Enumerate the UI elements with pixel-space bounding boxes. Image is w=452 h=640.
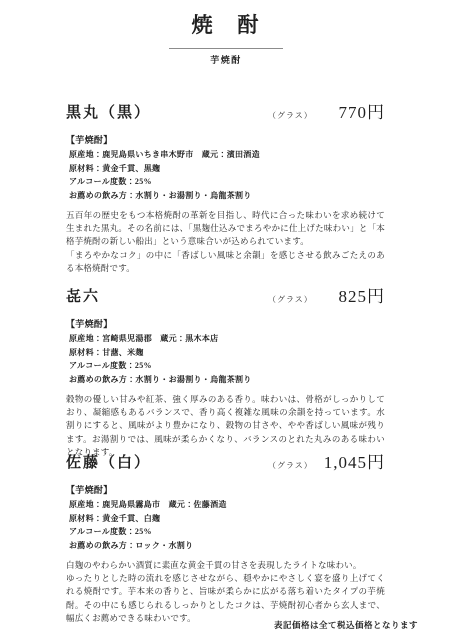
title-divider <box>169 48 283 49</box>
description-paragraph: 五百年の歴史をもつ本格焼酎の革新を目指し、時代に合った味わいを求め続けて生まれた… <box>66 209 385 249</box>
item-details-list: 原産地：鹿児島県いちき串木野市 蔵元：濱田酒造 原材料：黄金千貫、黒麹 アルコー… <box>69 148 385 202</box>
page-title: 焼 酎 <box>0 12 452 39</box>
item-header: 黒丸（黒） （グラス） 770円 <box>66 100 385 126</box>
item-detail-origin: 原産地：鹿児島県いちき串木野市 蔵元：濱田酒造 <box>69 148 385 162</box>
item-description: 五百年の歴史をもつ本格焼酎の革新を目指し、時代に合った味わいを求め続けて生まれた… <box>66 209 385 275</box>
page-subtitle: 芋焼酎 <box>0 55 452 66</box>
item-price: 770円 <box>339 100 386 126</box>
glass-serving-label: （グラス） <box>268 294 313 305</box>
menu-item-satoh: 佐藤（白） （グラス） 1,045円 【芋焼酎】 原産地：鹿児島県霧島市 蔵元：… <box>66 450 385 625</box>
item-detail-origin: 原産地：宮崎県児湯郡 蔵元：黒木本店 <box>69 332 385 346</box>
item-header: 佐藤（白） （グラス） 1,045円 <box>66 450 385 476</box>
item-category-label: 【芋焼酎】 <box>66 485 385 496</box>
item-name: 佐藤（白） <box>66 455 151 471</box>
item-category-label: 【芋焼酎】 <box>66 135 385 146</box>
item-detail-origin: 原産地：鹿児島県霧島市 蔵元：佐藤酒造 <box>69 498 385 512</box>
item-detail-ingredients: 原材料：甘藷、米麹 <box>69 346 385 360</box>
item-detail-serving: お薦めの飲み方：水割り・お湯割り・烏龍茶割り <box>69 189 385 203</box>
item-detail-abv: アルコール度数：25% <box>69 175 385 189</box>
item-detail-serving: お薦めの飲み方：ロック・水割り <box>69 539 385 553</box>
menu-item-kuromaru: 黒丸（黒） （グラス） 770円 【芋焼酎】 原産地：鹿児島県いちき串木野市 蔵… <box>66 100 385 275</box>
item-detail-abv: アルコール度数：25% <box>69 359 385 373</box>
footer-tax-note: 表記価格は全て税込価格となります <box>274 619 418 631</box>
page-header: 焼 酎 芋焼酎 <box>0 12 452 66</box>
description-paragraph: 白麹のやわらかい酒質に素直な黄金千貫の甘さを表現したライトな味わい。 <box>66 559 385 572</box>
item-details-list: 原産地：宮崎県児湯郡 蔵元：黒木本店 原材料：甘藷、米麹 アルコール度数：25%… <box>69 332 385 386</box>
item-name: 黒丸（黒） <box>66 105 151 121</box>
glass-serving-label: （グラス） <box>268 460 313 471</box>
item-detail-ingredients: 原材料：黄金千貫、黒麹 <box>69 162 385 176</box>
description-paragraph: 「まろやかなコク」の中に「香ばしい風味と余韻」を感じさせる飲みごたえのある本格焼… <box>66 249 385 275</box>
item-detail-serving: お薦めの飲み方：水割り・お湯割り・烏龍茶割り <box>69 373 385 387</box>
item-detail-ingredients: 原材料：黄金千貫、白麹 <box>69 512 385 526</box>
item-price: 1,045円 <box>324 450 385 476</box>
item-header: 㐂六 （グラス） 825円 <box>66 284 385 310</box>
item-detail-abv: アルコール度数：25% <box>69 525 385 539</box>
item-name: 㐂六 <box>66 289 100 305</box>
item-description: 白麹のやわらかい酒質に素直な黄金千貫の甘さを表現したライトな味わい。 ゆったりと… <box>66 559 385 625</box>
description-paragraph: ゆったりとした時の流れを感じさせながら、穏やかにやさしく宴を盛り上げてくれる焼酎… <box>66 572 385 625</box>
shochu-menu-page: { "colors":{ "text-color":"#1f1f1f", "di… <box>0 0 452 640</box>
menu-item-kiroku: 㐂六 （グラス） 825円 【芋焼酎】 原産地：宮崎県児湯郡 蔵元：黒木本店 原… <box>66 284 385 459</box>
item-price: 825円 <box>339 284 386 310</box>
item-category-label: 【芋焼酎】 <box>66 319 385 330</box>
item-details-list: 原産地：鹿児島県霧島市 蔵元：佐藤酒造 原材料：黄金千貫、白麹 アルコール度数：… <box>69 498 385 552</box>
glass-serving-label: （グラス） <box>268 110 313 121</box>
